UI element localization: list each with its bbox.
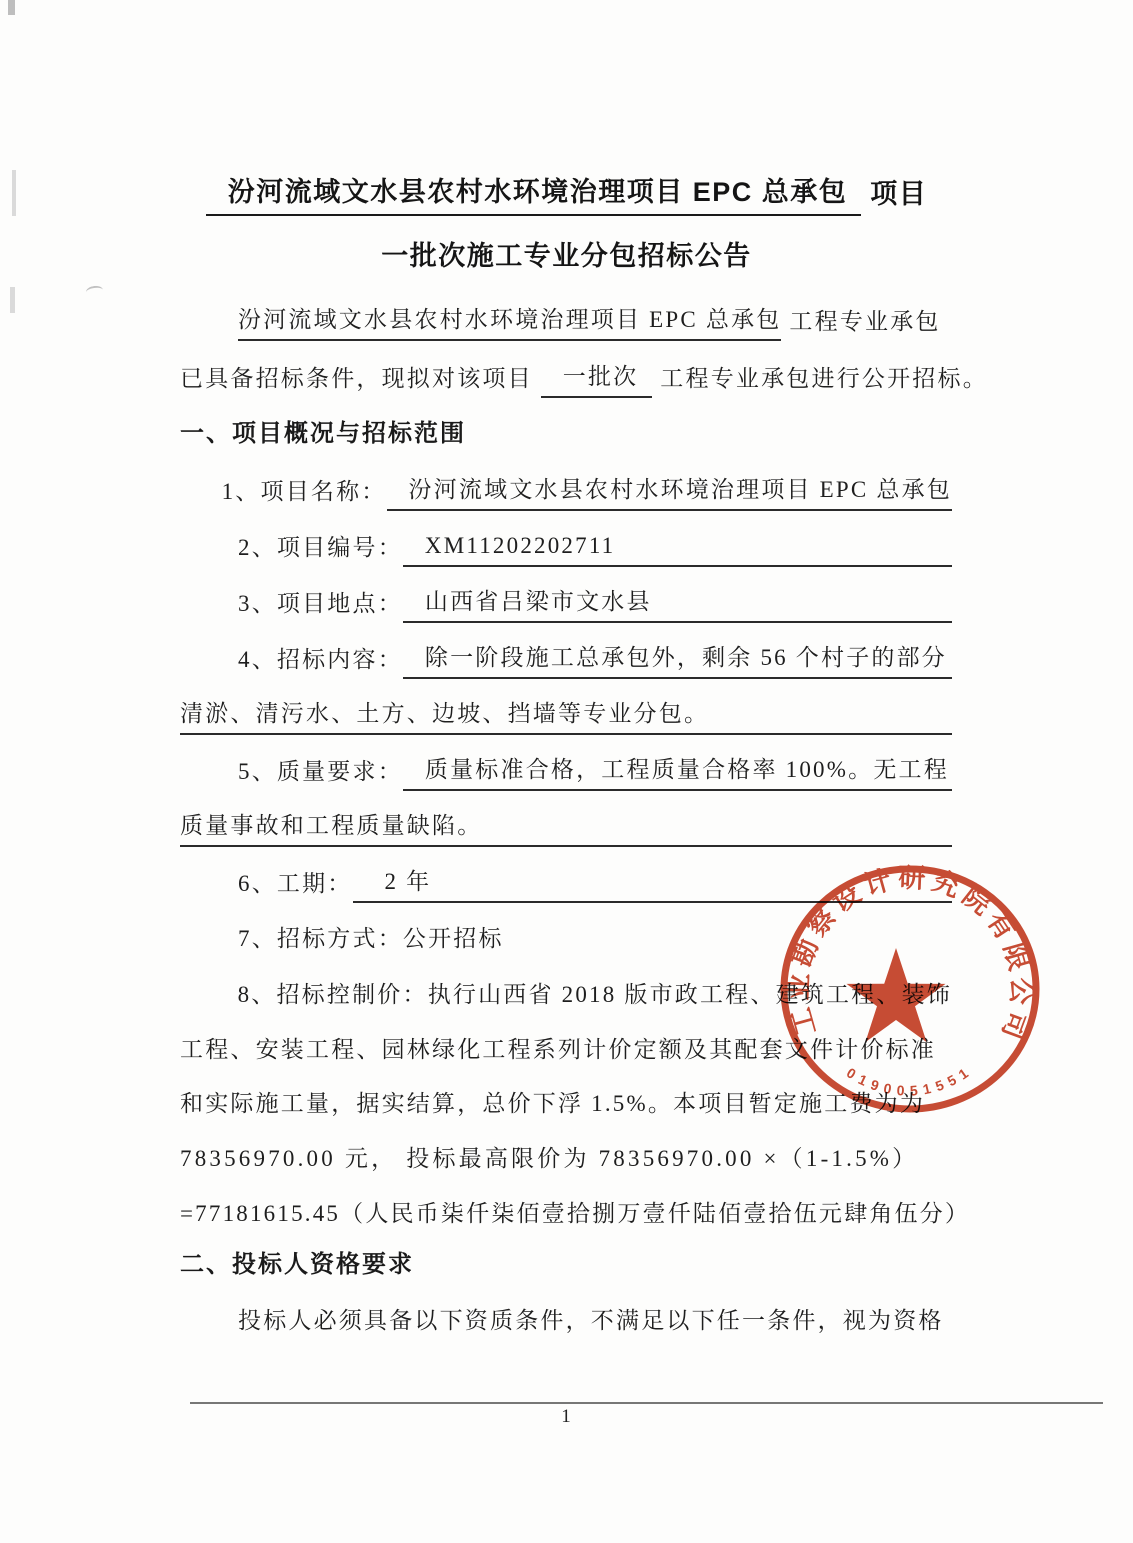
intro-underlined-text: 汾河流域文水县农村水环境治理项目 EPC 总承包 [238, 306, 781, 341]
item2-value: XM11202202711 [403, 532, 615, 567]
intro-line2-pre: 已具备招标条件，现拟对该项目 [180, 365, 541, 398]
intro-line2: 已具备招标条件，现拟对该项目 一批次 工程专业承包进行公开招标。 [180, 363, 952, 398]
section2-heading: 二、投标人资格要求 [180, 1250, 952, 1284]
item-quality-line1: 5、质量要求： 质量标准合格，工程质量合格率 100%。无工程 [180, 756, 952, 791]
item4-value-line1: 除一阶段施工总承包外，剩余 56 个村子的部分 [403, 644, 947, 679]
svg-text:0190051551: 0190051551 [844, 1062, 976, 1099]
footer-divider [190, 1402, 1103, 1404]
underline-fill [949, 789, 952, 791]
intro-tail-text: 工程专业承包 [781, 308, 940, 341]
underline-fill [482, 845, 952, 847]
section1-heading-text: 一、项目概况与招标范围 [180, 419, 466, 453]
section2-heading-text: 二、投标人资格要求 [180, 1250, 414, 1284]
title-underlined-text: 汾河流域文水县农村水环境治理项目 EPC 总承包 [206, 176, 862, 216]
item-quality-line2: 质量事故和工程质量缺陷。 [180, 812, 952, 847]
scan-artifact [10, 287, 15, 313]
document-title-line2: 一批次施工专业分包招标公告 [0, 240, 1133, 278]
paragraph-indent [180, 337, 238, 341]
item-indent [180, 619, 238, 623]
underline-fill [709, 733, 952, 735]
item-control-price-line4: 78356970.00 元， 投标最高限价为 78356970.00 ×（1-1… [180, 1145, 952, 1178]
seal-serial-number: 0190051551 [844, 1062, 976, 1099]
page-number: 1 [180, 1406, 952, 1428]
item-bid-content-line2: 清淤、清污水、土方、边坡、挡墙等专业分包。 [180, 700, 952, 735]
item4-value-line2: 清淤、清污水、土方、边坡、挡墙等专业分包。 [180, 700, 709, 735]
item7-value: 公开招标 [403, 925, 504, 958]
underline-fill [615, 565, 952, 567]
paragraph-indent [180, 1336, 238, 1340]
underline-fill [652, 621, 952, 623]
title-line2-text: 一批次施工专业分包招标公告 [381, 240, 752, 278]
section2-body: 投标人必须具备以下资质条件，不满足以下任一条件，视为资格 [180, 1307, 952, 1340]
item-indent [180, 899, 238, 903]
item-indent [180, 954, 238, 958]
section2-body-text: 投标人必须具备以下资质条件，不满足以下任一条件，视为资格 [238, 1307, 944, 1340]
item8-line5: =77181615.45（人民币柒仟柒佰壹拾捌万壹仟陆佰壹拾伍元肆角伍分） [180, 1200, 970, 1233]
item-project-name: 1、项目名称： 汾河流域文水县农村水环境治理项目 EPC 总承包 [180, 476, 952, 511]
item5-label: 5、质量要求： [238, 758, 403, 791]
item8-line4: 78356970.00 元， 投标最高限价为 78356970.00 ×（1-1… [180, 1145, 918, 1178]
seal-star-icon [847, 948, 946, 1042]
item-indent [180, 563, 238, 567]
intro-line1: 汾河流域文水县农村水环境治理项目 EPC 总承包 工程专业承包 [180, 306, 952, 341]
underline-fill [947, 677, 952, 679]
item-indent [180, 1010, 238, 1014]
section1-heading: 一、项目概况与招标范围 [180, 419, 952, 453]
scan-artifact [8, 0, 15, 15]
intro-line2-underlined: 一批次 [541, 363, 653, 398]
item-indent [180, 787, 238, 791]
item1-value: 汾河流域文水县农村水环境治理项目 EPC 总承包 [387, 476, 952, 511]
document-title-line1: 汾河流域文水县农村水环境治理项目 EPC 总承包 项目 [0, 176, 1133, 216]
item-control-price-line5: =77181615.45（人民币柒仟柒佰壹拾捌万壹仟陆佰壹拾伍元肆角伍分） [180, 1200, 952, 1233]
title-tail-text: 项目 [861, 178, 927, 216]
item7-label: 7、招标方式： [238, 925, 403, 958]
document-page: 汾河流域文水县农村水环境治理项目 EPC 总承包 项目 一批次施工专业分包招标公… [0, 0, 1133, 1543]
item2-label: 2、项目编号： [238, 534, 403, 567]
company-seal: 工业勘察设计研究院有限公司 0190051551 [772, 858, 1048, 1120]
item5-value-line2: 质量事故和工程质量缺陷。 [180, 812, 482, 847]
item8-label: 8、招标控制价： [238, 981, 428, 1014]
scan-artifact [85, 285, 103, 297]
item3-value: 山西省吕梁市文水县 [403, 588, 652, 623]
item-indent [180, 507, 222, 511]
item5-value-line1: 质量标准合格，工程质量合格率 100%。无工程 [403, 756, 949, 791]
item-project-location: 3、项目地点： 山西省吕梁市文水县 [180, 588, 952, 623]
item6-label: 6、工期： [238, 870, 353, 903]
intro-line2-tail: 工程专业承包进行公开招标。 [652, 365, 988, 398]
item-project-number: 2、项目编号： XM11202202711 [180, 532, 952, 567]
item1-label: 1、项目名称： [222, 478, 387, 511]
item-indent [180, 675, 238, 679]
item3-label: 3、项目地点： [238, 590, 403, 623]
item6-value: 2 年 [353, 868, 446, 903]
item-bid-content-line1: 4、招标内容： 除一阶段施工总承包外，剩余 56 个村子的部分 [180, 644, 952, 679]
item4-label: 4、招标内容： [238, 646, 403, 679]
